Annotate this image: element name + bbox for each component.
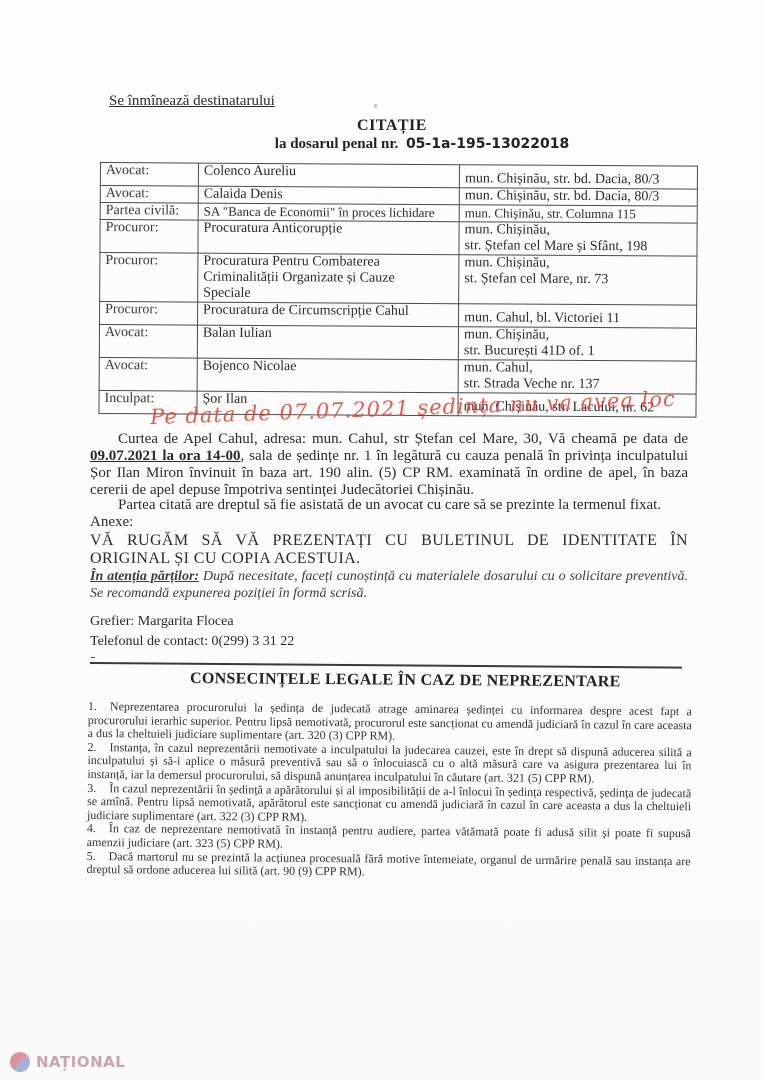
name-line: Procuratura Pentru Combaterea	[203, 254, 453, 272]
party-row: Procuror: Procuratura Anticorupție mun. …	[100, 220, 697, 257]
party-address: mun. Chișinău, st. Ștefan cel Mare, nr. …	[459, 255, 697, 305]
name-line: Speciale	[203, 286, 453, 304]
party-role: Avocat:	[100, 186, 198, 204]
subtitle-prefix: la dosarul penal nr.	[275, 136, 399, 152]
party-role: Avocat:	[99, 357, 197, 391]
address-line: mun. Cahul,	[464, 360, 691, 377]
address-line: mun. Chișinău,	[464, 255, 691, 272]
consequence-item: 5.Dacă martorul nu se prezintă la acțiun…	[86, 850, 690, 882]
id-notice: VĂ RUGĂM SĂ VĂ PREZENTAȚI CU BULETINUL D…	[90, 532, 688, 568]
party-address: mun. Chișinău, str. bd. Dacia, 80/3	[459, 188, 697, 206]
annex-label: Anexe:	[90, 514, 688, 531]
party-role: Partea civilă:	[100, 203, 198, 221]
parties-table: Avocat: Colenco Aureliu mun. Chișinău, s…	[98, 162, 698, 418]
party-row: Avocat: Balan Iulian mun. Chișinău, str.…	[99, 325, 696, 362]
attention-label: În atenția părților:	[90, 569, 199, 584]
item-text: În cazul neprezentării în ședință a apăr…	[87, 781, 691, 824]
party-name: Procuratura Pentru Combaterea Criminalit…	[198, 253, 459, 304]
address-line: st. Ștefan cel Mare, nr. 73	[464, 271, 691, 288]
right-to-lawyer: Partea citată are dreptul să fie asistat…	[90, 497, 688, 514]
party-address: mun. Chișinău, str. Columna 115	[459, 205, 697, 223]
party-role: Procuror:	[100, 253, 198, 303]
dash-mark	[91, 657, 95, 658]
party-name: Bojenco Nicolae	[197, 358, 458, 393]
party-role: Avocat:	[100, 163, 198, 187]
consequence-item: 2.Instanța, în cazul neprezentării nemot…	[87, 741, 691, 787]
address-line: str. Ștefan cel Mare și Sfânt, 198	[465, 238, 692, 255]
party-role: Avocat:	[99, 325, 197, 359]
party-name: Calaida Denis	[198, 186, 459, 205]
item-text: Neprezentarea procurorului la ședința de…	[88, 699, 692, 743]
document-subtitle: la dosarul penal nr. 05-1a-195-13022018	[0, 136, 764, 153]
contact-phone: Telefonul de contact: 0(299) 3 31 22	[90, 633, 688, 650]
consequence-item: 1.Neprezentarea procurorului la ședința …	[88, 700, 692, 746]
clerk-name: Grefier: Margarita Flocea	[90, 613, 688, 630]
consequences-title: CONSECINȚELE LEGALE ÎN CAZ DE NEPREZENTA…	[190, 670, 621, 691]
party-role: Procuror:	[100, 220, 198, 254]
name-line: Criminalității Organizate și Cauze	[203, 270, 453, 288]
item-text: Instanța, în cazul neprezentării nemotiv…	[87, 740, 691, 785]
party-row: Procuror: Procuratura Pentru Combaterea …	[100, 253, 697, 306]
address-line: mun. Chișinău,	[465, 222, 692, 239]
item-text: În caz de neprezentare nemotivată în ins…	[87, 822, 691, 851]
attention-note: În atenția părților: După necesitate, fa…	[90, 568, 688, 602]
scanned-page: Se înmînează destinatarului CITAȚIE la d…	[0, 0, 764, 1080]
party-name: SA "Banca de Economii" în proces lichida…	[198, 203, 459, 222]
address-line: mun. Chișinău,	[464, 327, 691, 344]
party-role: Procuror:	[100, 302, 198, 326]
party-name: Colenco Aureliu	[198, 163, 459, 188]
document-title: CITAȚIE	[0, 117, 764, 135]
party-name: Balan Iulian	[197, 325, 458, 360]
summons-paragraph: Curtea de Apel Cahul, adresa: mun. Cahul…	[90, 431, 688, 499]
party-address: mun. Chișinău, str. București 41D of. 1	[458, 327, 696, 361]
party-address: mun. Chișinău, str. bd. Dacia, 80/3	[459, 165, 697, 189]
watermark-brand: NAȚIONAL	[36, 1053, 125, 1071]
hearing-datetime: 09.07.2021 la ora 14-00	[90, 448, 240, 464]
party-address: mun. Chișinău, str. Ștefan cel Mare și S…	[459, 222, 697, 256]
party-address: mun. Cahul, bl. Victoriei 11	[459, 304, 697, 328]
publisher-watermark: NAȚIONAL	[10, 1052, 125, 1072]
consequence-item: 3.În cazul neprezentării în ședință a ap…	[87, 782, 691, 828]
summons-intro: Curtea de Apel Cahul, adresa: mun. Cahul…	[118, 431, 688, 447]
consequences-list: 1.Neprezentarea procurorului la ședința …	[86, 700, 692, 882]
national-logo-icon	[10, 1052, 30, 1072]
delivery-note: Se înmînează destinatarului	[109, 93, 275, 110]
scan-speck	[374, 104, 377, 108]
address-line: str. București 41D of. 1	[464, 343, 691, 360]
party-name: Procuratura Anticorupție	[198, 220, 459, 255]
item-text: Dacă martorul nu se prezintă la acțiunea…	[86, 849, 690, 879]
section-divider	[90, 662, 682, 669]
party-name: Procuratura de Circumscripție Cahul	[197, 302, 458, 327]
case-number: 05-1a-195-13022018	[406, 136, 569, 152]
